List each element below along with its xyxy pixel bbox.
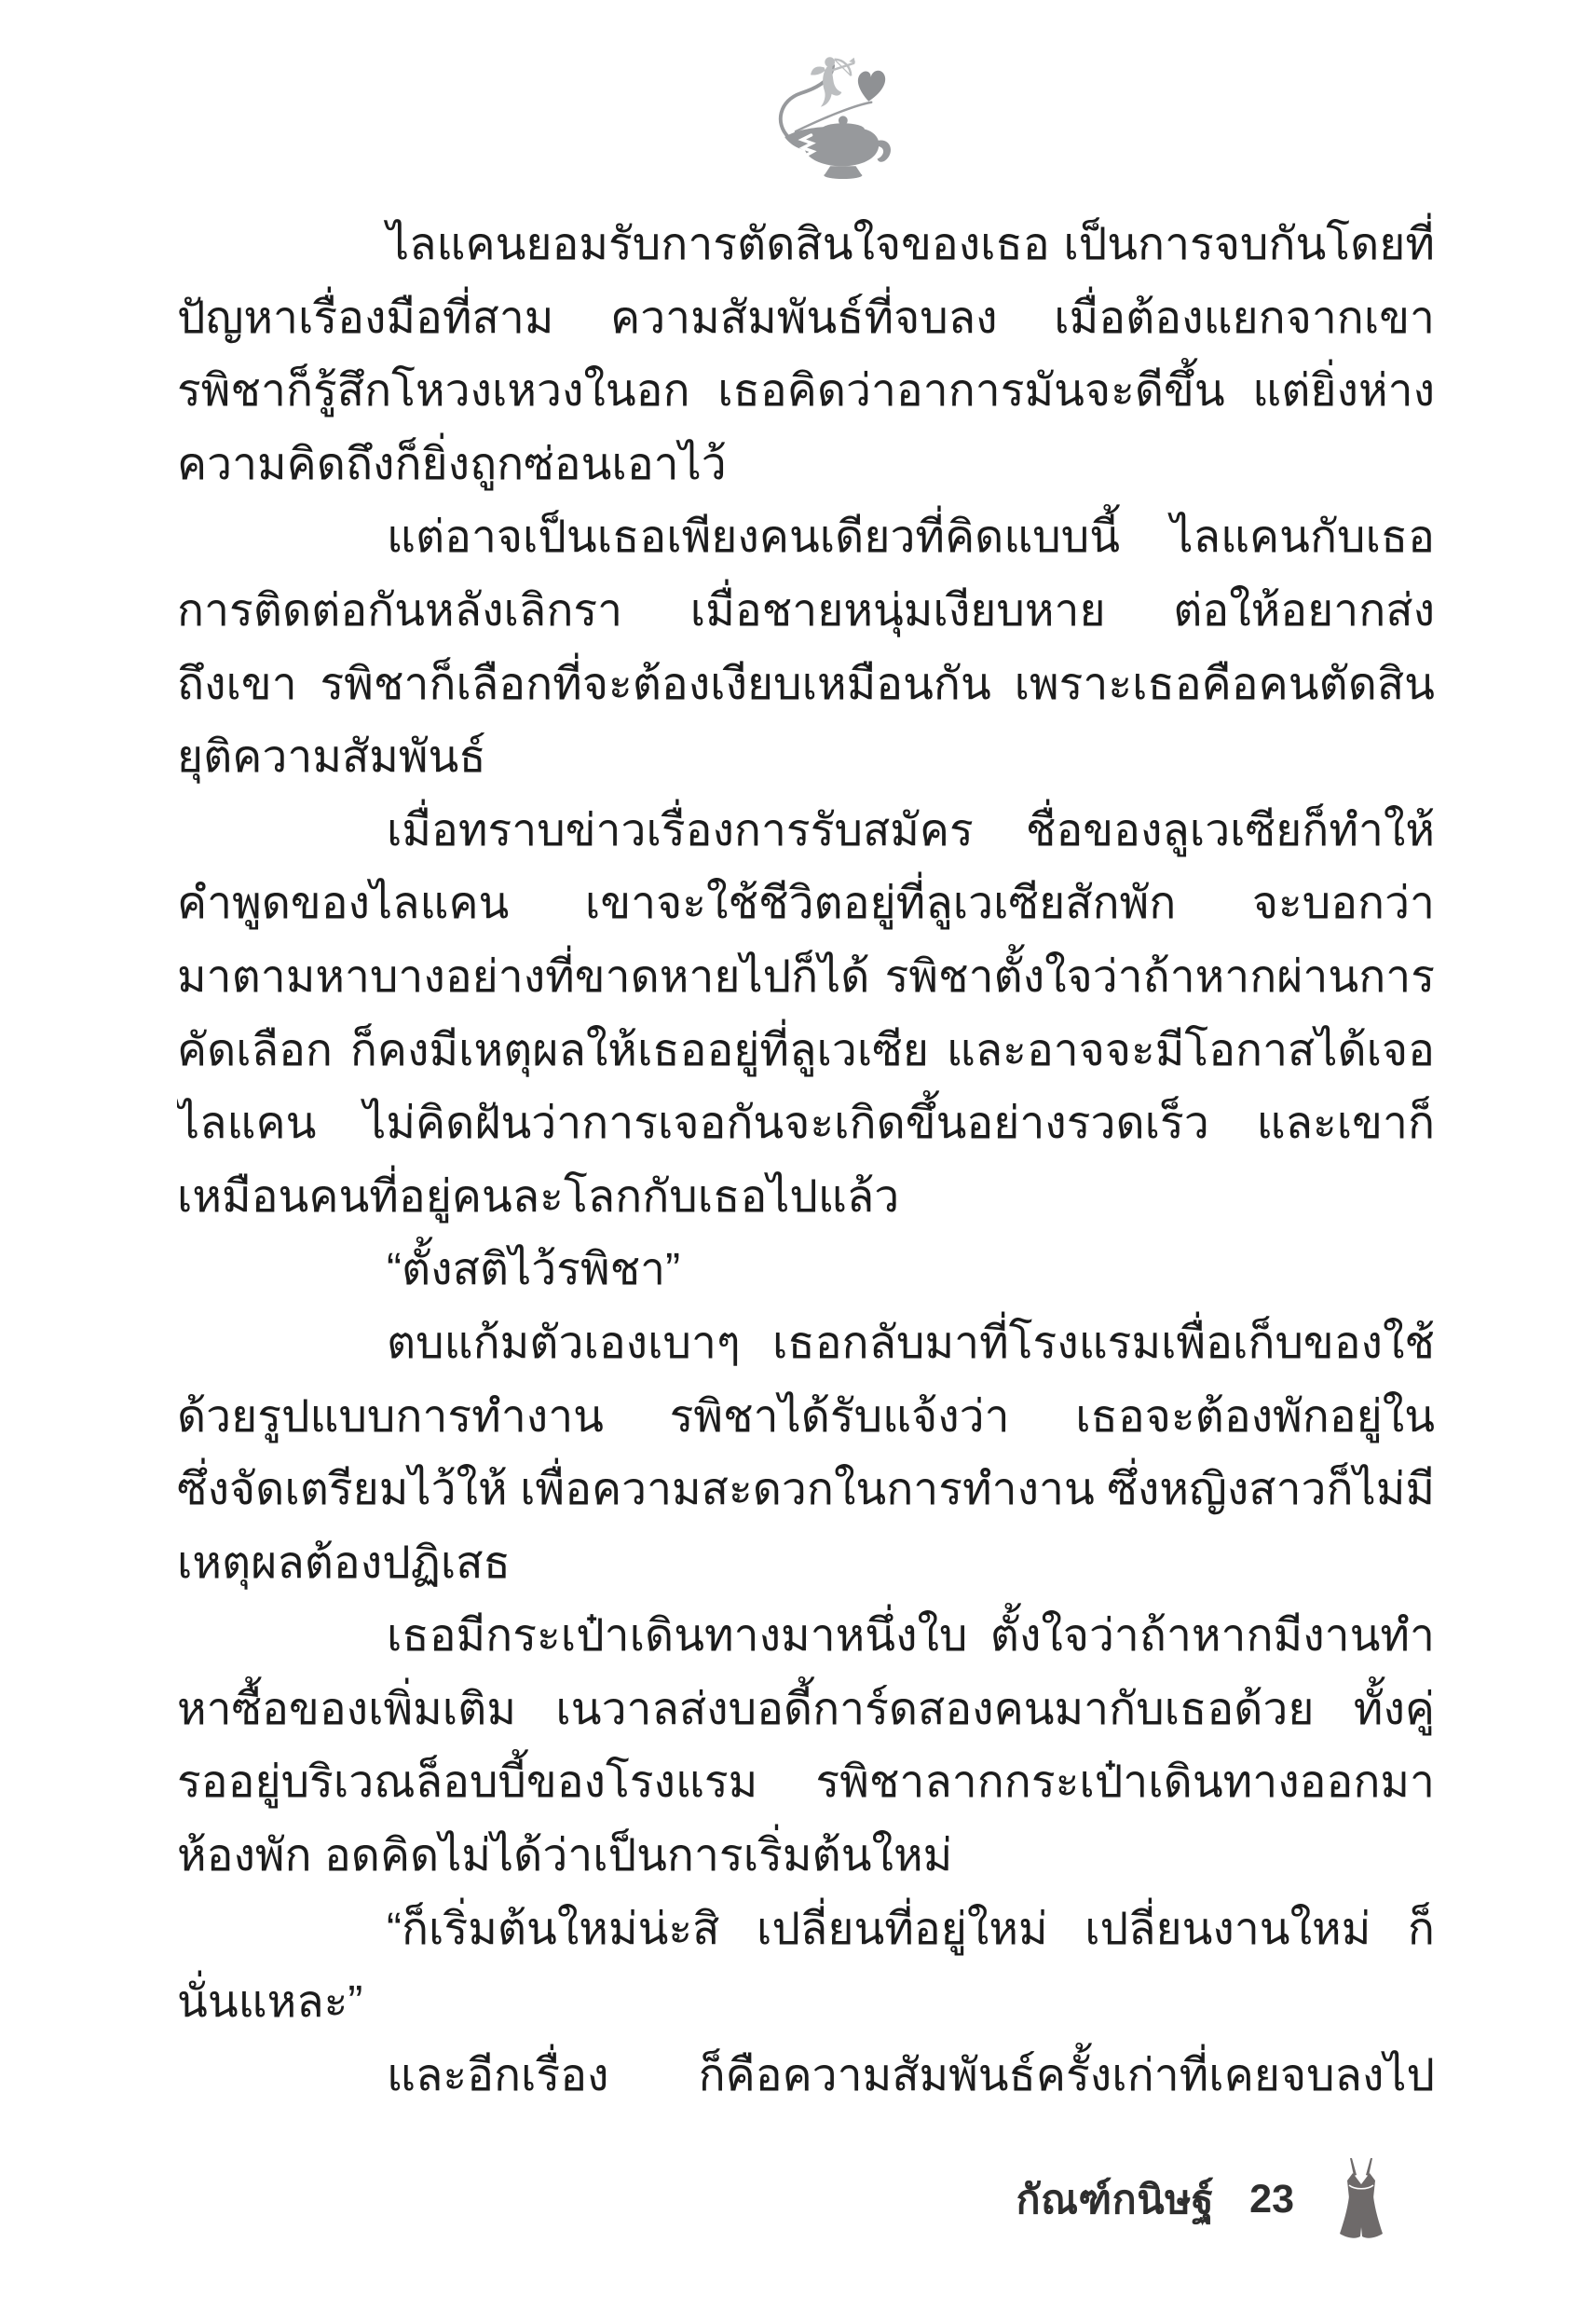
body-text: ไลแคนยอมรับการตัดสินใจของเธอ เป็นการจบกั… xyxy=(177,209,1435,2113)
cupid-icon xyxy=(811,57,855,106)
text-line: การติดต่อกันหลังเลิกรา เมื่อชายหนุ่มเงีย… xyxy=(177,575,1435,649)
footer-book-title: กัณฑ์กนิษฐ์ xyxy=(1016,2167,1215,2231)
cupid-lamp-icon xyxy=(769,47,904,179)
text-line: ความคิดถึงก็ยิ่งถูกซ่อนเอาไว้ xyxy=(177,429,1435,502)
text-line: ซึ่งจัดเตรียมไว้ให้ เพื่อความสะดวกในการท… xyxy=(177,1454,1435,1527)
text-line: และอีกเรื่อง ก็คือความสัมพันธ์ครั้งเก่าท… xyxy=(177,2040,1435,2113)
genie-lamp-icon xyxy=(784,116,891,179)
book-page: ไลแคนยอมรับการตัดสินใจของเธอ เป็นการจบกั… xyxy=(0,0,1596,2311)
text-line: ด้วยรูปแบบการทำงาน รพิชาได้รับแจ้งว่า เธ… xyxy=(177,1381,1435,1455)
text-line: หาซื้อของเพิ่มเติม เนวาลส่งบอดี้การ์ดสอง… xyxy=(177,1674,1435,1747)
page-footer: กัณฑ์กนิษฐ์ 23 xyxy=(0,2154,1596,2244)
text-line: ไลแคน ไม่คิดฝันว่าการเจอกันจะเกิดขึ้นอย่… xyxy=(177,1087,1435,1161)
text-line: ไลแคนยอมรับการตัดสินใจของเธอ เป็นการจบกั… xyxy=(177,209,1435,282)
dress-icon xyxy=(1337,2157,1385,2241)
text-line: รพิชาก็รู้สึกโหวงเหวงในอก เธอคิดว่าอาการ… xyxy=(177,355,1435,429)
text-line: ตบแก้มตัวเองเบาๆ เธอกลับมาที่โรงแรมเพื่อ… xyxy=(177,1307,1435,1381)
text-line: เหตุผลต้องปฏิเสธ xyxy=(177,1527,1435,1601)
text-line: เธอมีกระเป๋าเดินทางมาหนึ่งใบ ตั้งใจว่าถ้… xyxy=(177,1600,1435,1674)
text-line: “ก็เริ่มต้นใหม่น่ะสิ เปลี่ยนที่อยู่ใหม่ … xyxy=(177,1894,1435,1967)
text-line: เมื่อทราบข่าวเรื่องการรับสมัคร ชื่อของลู… xyxy=(177,795,1435,868)
heart-icon xyxy=(858,71,885,102)
text-line: คัดเลือก ก็คงมีเหตุผลให้เธออยู่ที่ลูเวเซ… xyxy=(177,1015,1435,1088)
text-line: นั่นแหละ” xyxy=(177,1966,1435,2040)
text-line: แต่อาจเป็นเธอเพียงคนเดียวที่คิดแบบนี้ ไล… xyxy=(177,501,1435,575)
text-line: คำพูดของไลแคน เขาจะใช้ชีวิตอยู่ที่ลูเวเซ… xyxy=(177,868,1435,941)
text-line: ยุติความสัมพันธ์ xyxy=(177,721,1435,795)
text-line: ห้องพัก อดคิดไม่ได้ว่าเป็นการเริ่มต้นใหม… xyxy=(177,1820,1435,1894)
text-line: รออยู่บริเวณล็อบบี้ของโรงแรม รพิชาลากกระ… xyxy=(177,1746,1435,1820)
text-line: เหมือนคนที่อยู่คนละโลกกับเธอไปแล้ว xyxy=(177,1161,1435,1235)
text-line: มาตามหาบางอย่างที่ขาดหายไปก็ได้ รพิชาตั้… xyxy=(177,941,1435,1015)
text-line: ถึงเขา รพิชาก็เลือกที่จะต้องเงียบเหมือนก… xyxy=(177,649,1435,722)
page-number: 23 xyxy=(1249,2177,1294,2222)
text-line: “ตั้งสติไว้รพิชา” xyxy=(177,1234,1435,1307)
chapter-ornament xyxy=(769,47,904,179)
text-line: ปัญหาเรื่องมือที่สาม ความสัมพันธ์ที่จบลง… xyxy=(177,282,1435,356)
